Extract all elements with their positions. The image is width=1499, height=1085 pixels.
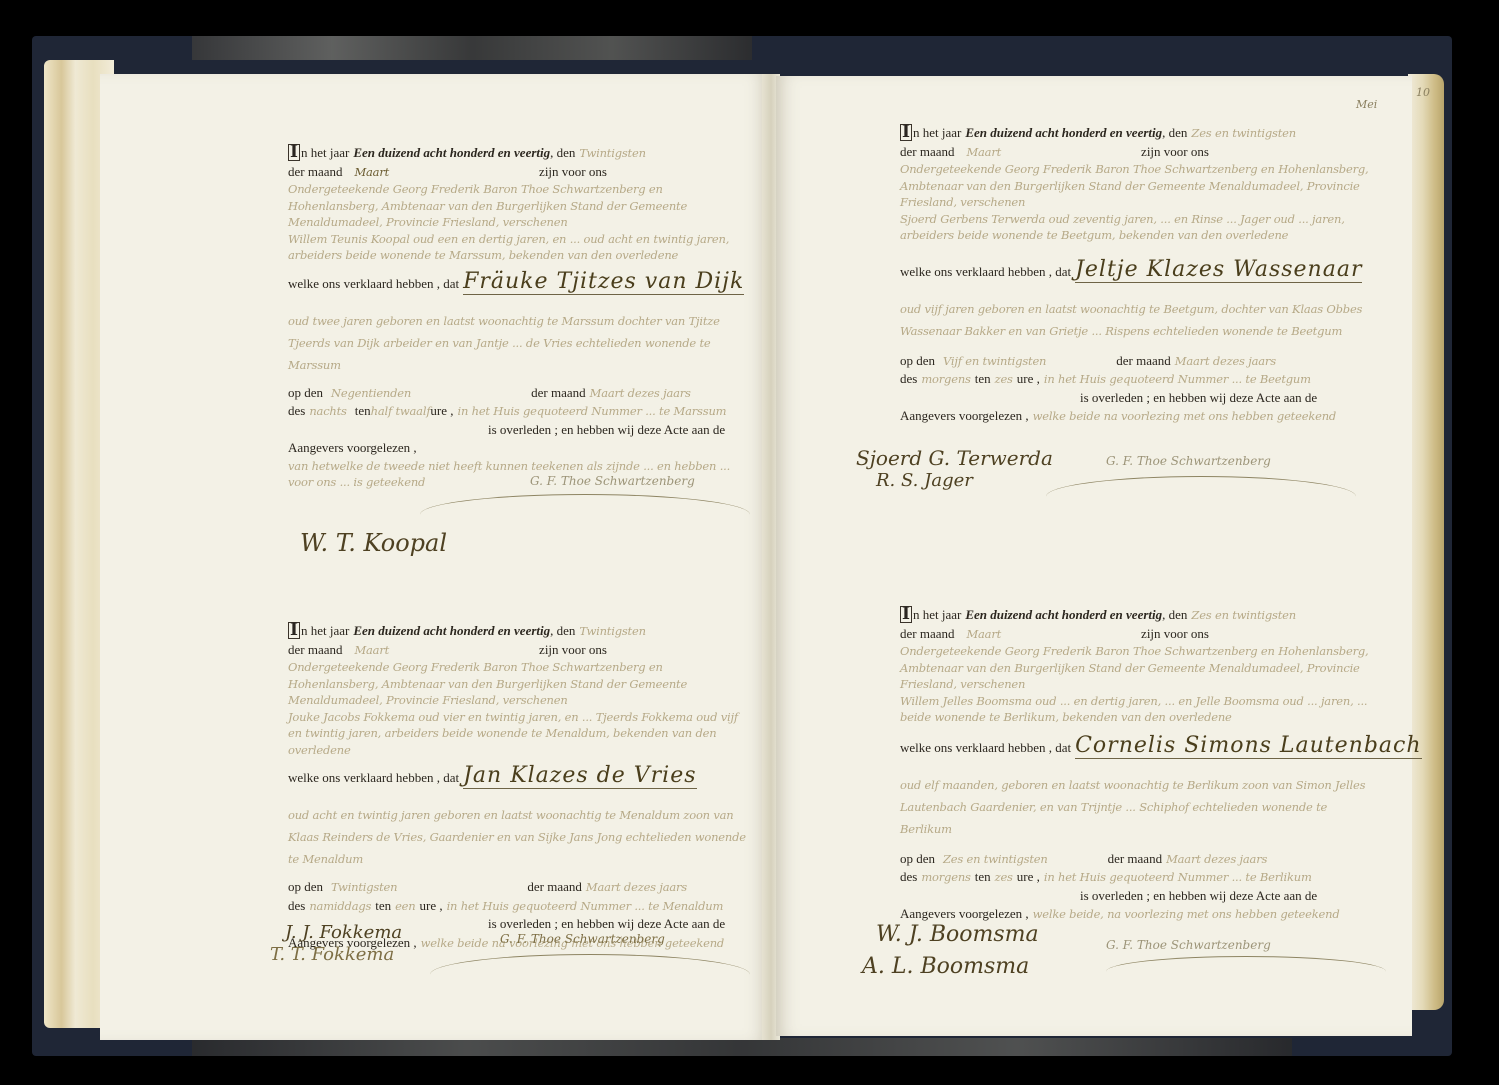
marbled-cover-top	[192, 36, 752, 60]
printed-text: n het jaar	[913, 125, 961, 140]
printed-text: der maand	[900, 144, 955, 159]
witness-signature: W. J. Boomsma	[876, 922, 1039, 947]
printed-text: op den	[288, 879, 323, 894]
initial-capital: I	[288, 144, 300, 161]
printed-text: , den	[1162, 125, 1187, 140]
handwritten-place: in het Huis gequoteerd Nummer ... te Bee…	[1044, 372, 1311, 386]
printed-text: ten	[355, 403, 371, 418]
printed-text: is overleden ; en hebben wij deze Acte a…	[488, 916, 725, 931]
printed-text: op den	[900, 353, 935, 368]
handwritten-date: Zes en twintigsten	[1191, 126, 1296, 140]
witness-signature: Sjoerd G. Terwerda	[856, 446, 1053, 470]
printed-year: Een duizend acht honderd en veertig	[965, 125, 1162, 140]
handwritten-date: Twintigsten	[579, 146, 645, 160]
witness-signature: A. L. Boomsma	[862, 954, 1029, 979]
handwritten-closing: welke beide, na voorlezing met ons hebbe…	[1033, 907, 1340, 921]
printed-text: zijn voor ons	[1141, 144, 1209, 159]
handwritten-date: Twintigsten	[579, 624, 645, 638]
printed-text: , den	[550, 145, 575, 160]
handwritten-time-of-day: nachts	[309, 404, 346, 418]
official-signature: G. F. Thoe Schwartzenberg	[1106, 454, 1271, 468]
initial-capital: I	[288, 622, 300, 639]
witness-signature: T. T. Fokkema	[270, 944, 394, 965]
printed-text: des	[900, 371, 917, 386]
printed-text: Aangevers voorgelezen ,	[900, 906, 1029, 921]
official-signature: G. F. Thoe Schwartzenberg	[1106, 938, 1271, 952]
signature-flourish	[430, 954, 750, 995]
printed-text: n het jaar	[301, 145, 349, 160]
handwritten-official: Ondergeteekende Georg Frederik Baron Tho…	[288, 181, 748, 231]
printed-text: , den	[1162, 607, 1187, 622]
printed-text: zijn voor ons	[539, 164, 607, 179]
handwritten-closing: welke beide na voorlezing met ons hebben…	[1033, 409, 1336, 423]
handwritten-witnesses: Sjoerd Gerbens Terwerda oud zeventig jar…	[900, 211, 1370, 244]
handwritten-death-day: Twintigsten	[331, 880, 397, 894]
printed-text: welke ons verklaard hebben , dat	[900, 740, 1071, 755]
handwritten-official: Ondergeteekende Georg Frederik Baron Tho…	[900, 161, 1370, 211]
witness-signature: R. S. Jager	[876, 470, 973, 491]
printed-text: op den	[900, 851, 935, 866]
printed-text: der maand	[527, 879, 582, 894]
signature-flourish	[1106, 956, 1386, 987]
signature-flourish	[420, 494, 750, 535]
handwritten-month: Maart	[354, 643, 389, 657]
printed-text: der maand	[531, 385, 586, 400]
printed-text: ure ,	[1017, 869, 1040, 884]
handwritten-hour: zes	[995, 372, 1013, 386]
handwritten-death-day: Vijf en twintigsten	[943, 354, 1046, 368]
handwritten-death-day: Negentienden	[331, 386, 411, 400]
printed-text: ure ,	[419, 898, 442, 913]
printed-year: Een duizend acht honderd en veertig	[353, 623, 550, 638]
handwritten-hour: zes	[995, 870, 1013, 884]
handwritten-hour: een	[395, 899, 415, 913]
deceased-name: Jeltje Klazes Wassenaar	[1075, 258, 1362, 283]
printed-year: Een duizend acht honderd en veertig	[353, 145, 550, 160]
printed-text: des	[288, 898, 305, 913]
printed-text: der maand	[288, 642, 343, 657]
handwritten-place: in het Huis gequoteerd Nummer ... te Ber…	[1044, 870, 1312, 884]
printed-text: Aangevers voorgelezen ,	[900, 408, 1029, 423]
printed-text: is overleden ; en hebben wij deze Acte a…	[488, 422, 725, 437]
printed-text: ten	[975, 371, 991, 386]
printed-text: ten	[375, 898, 391, 913]
handwritten-date: Zes en twintigsten	[1191, 608, 1296, 622]
handwritten-official: Ondergeteekende Georg Frederik Baron Tho…	[900, 643, 1370, 693]
handwritten-witnesses: Jouke Jacobs Fokkema oud vier en twintig…	[288, 709, 748, 759]
page-number: 10	[1416, 86, 1430, 99]
deceased-name: Jan Klazes de Vries	[463, 764, 696, 789]
deceased-name: Cornelis Simons Lautenbach	[1075, 734, 1421, 759]
printed-text: der maand	[1108, 851, 1163, 866]
right-page: 10 Mei In het jaar Een duizend acht hond…	[776, 76, 1412, 1036]
printed-text: ten	[975, 869, 991, 884]
handwritten-place: in het Huis gequoteerd Nummer ... te Men…	[447, 899, 724, 913]
handwritten-time-of-day: morgens	[921, 870, 970, 884]
deceased-name: Fräuke Tjitzes van Dijk	[463, 270, 744, 295]
printed-text: Aangevers voorgelezen ,	[288, 440, 417, 455]
initial-capital: I	[900, 606, 912, 623]
handwritten-death-day: Zes en twintigsten	[943, 852, 1048, 866]
printed-text: ure ,	[430, 403, 453, 418]
initial-capital: I	[900, 124, 912, 141]
printed-text: n het jaar	[913, 607, 961, 622]
handwritten-official: Ondergeteekende Georg Frederik Baron Tho…	[288, 659, 748, 709]
official-signature: G. F. Thoe Schwartzenberg	[500, 932, 665, 946]
handwritten-month: Maart	[966, 627, 1001, 641]
handwritten-hour: half twaalf	[371, 404, 431, 418]
printed-text: des	[288, 403, 305, 418]
printed-text: zijn voor ons	[1141, 626, 1209, 641]
handwritten-place: in het Huis gequoteerd Nummer ... te Mar…	[457, 404, 726, 418]
page-note: Mei	[1356, 98, 1377, 111]
printed-text: der maand	[900, 626, 955, 641]
handwritten-details: oud elf maanden, geboren en laatst woona…	[900, 774, 1370, 840]
handwritten-time-of-day: morgens	[921, 372, 970, 386]
printed-text: zijn voor ons	[539, 642, 607, 657]
handwritten-witnesses: Willem Jelles Boomsma oud ... en dertig …	[900, 693, 1370, 726]
printed-text: is overleden ; en hebben wij deze Acte a…	[1080, 888, 1317, 903]
handwritten-death-month: Maart dezes jaars	[1175, 354, 1276, 368]
entry-right-top: In het jaar Een duizend acht honderd en …	[900, 124, 1400, 426]
handwritten-details: oud acht en twintig jaren geboren en laa…	[288, 804, 748, 870]
printed-text: der maand	[1116, 353, 1171, 368]
printed-text: welke ons verklaard hebben , dat	[288, 276, 459, 291]
handwritten-death-month: Maart dezes jaars	[1166, 852, 1267, 866]
printed-text: ure ,	[1017, 371, 1040, 386]
printed-year: Een duizend acht honderd en veertig	[965, 607, 1162, 622]
handwritten-death-month: Maart dezes jaars	[590, 386, 691, 400]
witness-signature: W. T. Koopal	[300, 529, 447, 557]
handwritten-time-of-day: namiddags	[309, 899, 371, 913]
handwritten-details: oud twee jaren geboren en laatst woonach…	[288, 310, 748, 376]
left-page: In het jaar Een duizend acht honderd en …	[100, 74, 768, 1040]
handwritten-month: Maart	[354, 165, 389, 179]
printed-text: des	[900, 869, 917, 884]
witness-signature: J. J. Fokkema	[285, 922, 402, 943]
printed-text: , den	[550, 623, 575, 638]
printed-text: welke ons verklaard hebben , dat	[900, 264, 1071, 279]
handwritten-witnesses: Willem Teunis Koopal oud een en dertig j…	[288, 231, 748, 264]
signature-flourish	[1046, 476, 1356, 517]
page-block-right-edge	[1408, 74, 1444, 1010]
printed-text: n het jaar	[301, 623, 349, 638]
printed-text: is overleden ; en hebben wij deze Acte a…	[1080, 390, 1317, 405]
entry-right-bottom: In het jaar Een duizend acht honderd en …	[900, 606, 1400, 924]
handwritten-details: oud vijf jaren geboren en laatst woonach…	[900, 298, 1370, 342]
printed-text: op den	[288, 385, 323, 400]
marbled-cover-bottom	[192, 1038, 1292, 1056]
handwritten-month: Maart	[966, 145, 1001, 159]
official-signature: G. F. Thoe Schwartzenberg	[530, 474, 695, 488]
printed-text: welke ons verklaard hebben , dat	[288, 770, 459, 785]
printed-text: der maand	[288, 164, 343, 179]
handwritten-death-month: Maart dezes jaars	[586, 880, 687, 894]
